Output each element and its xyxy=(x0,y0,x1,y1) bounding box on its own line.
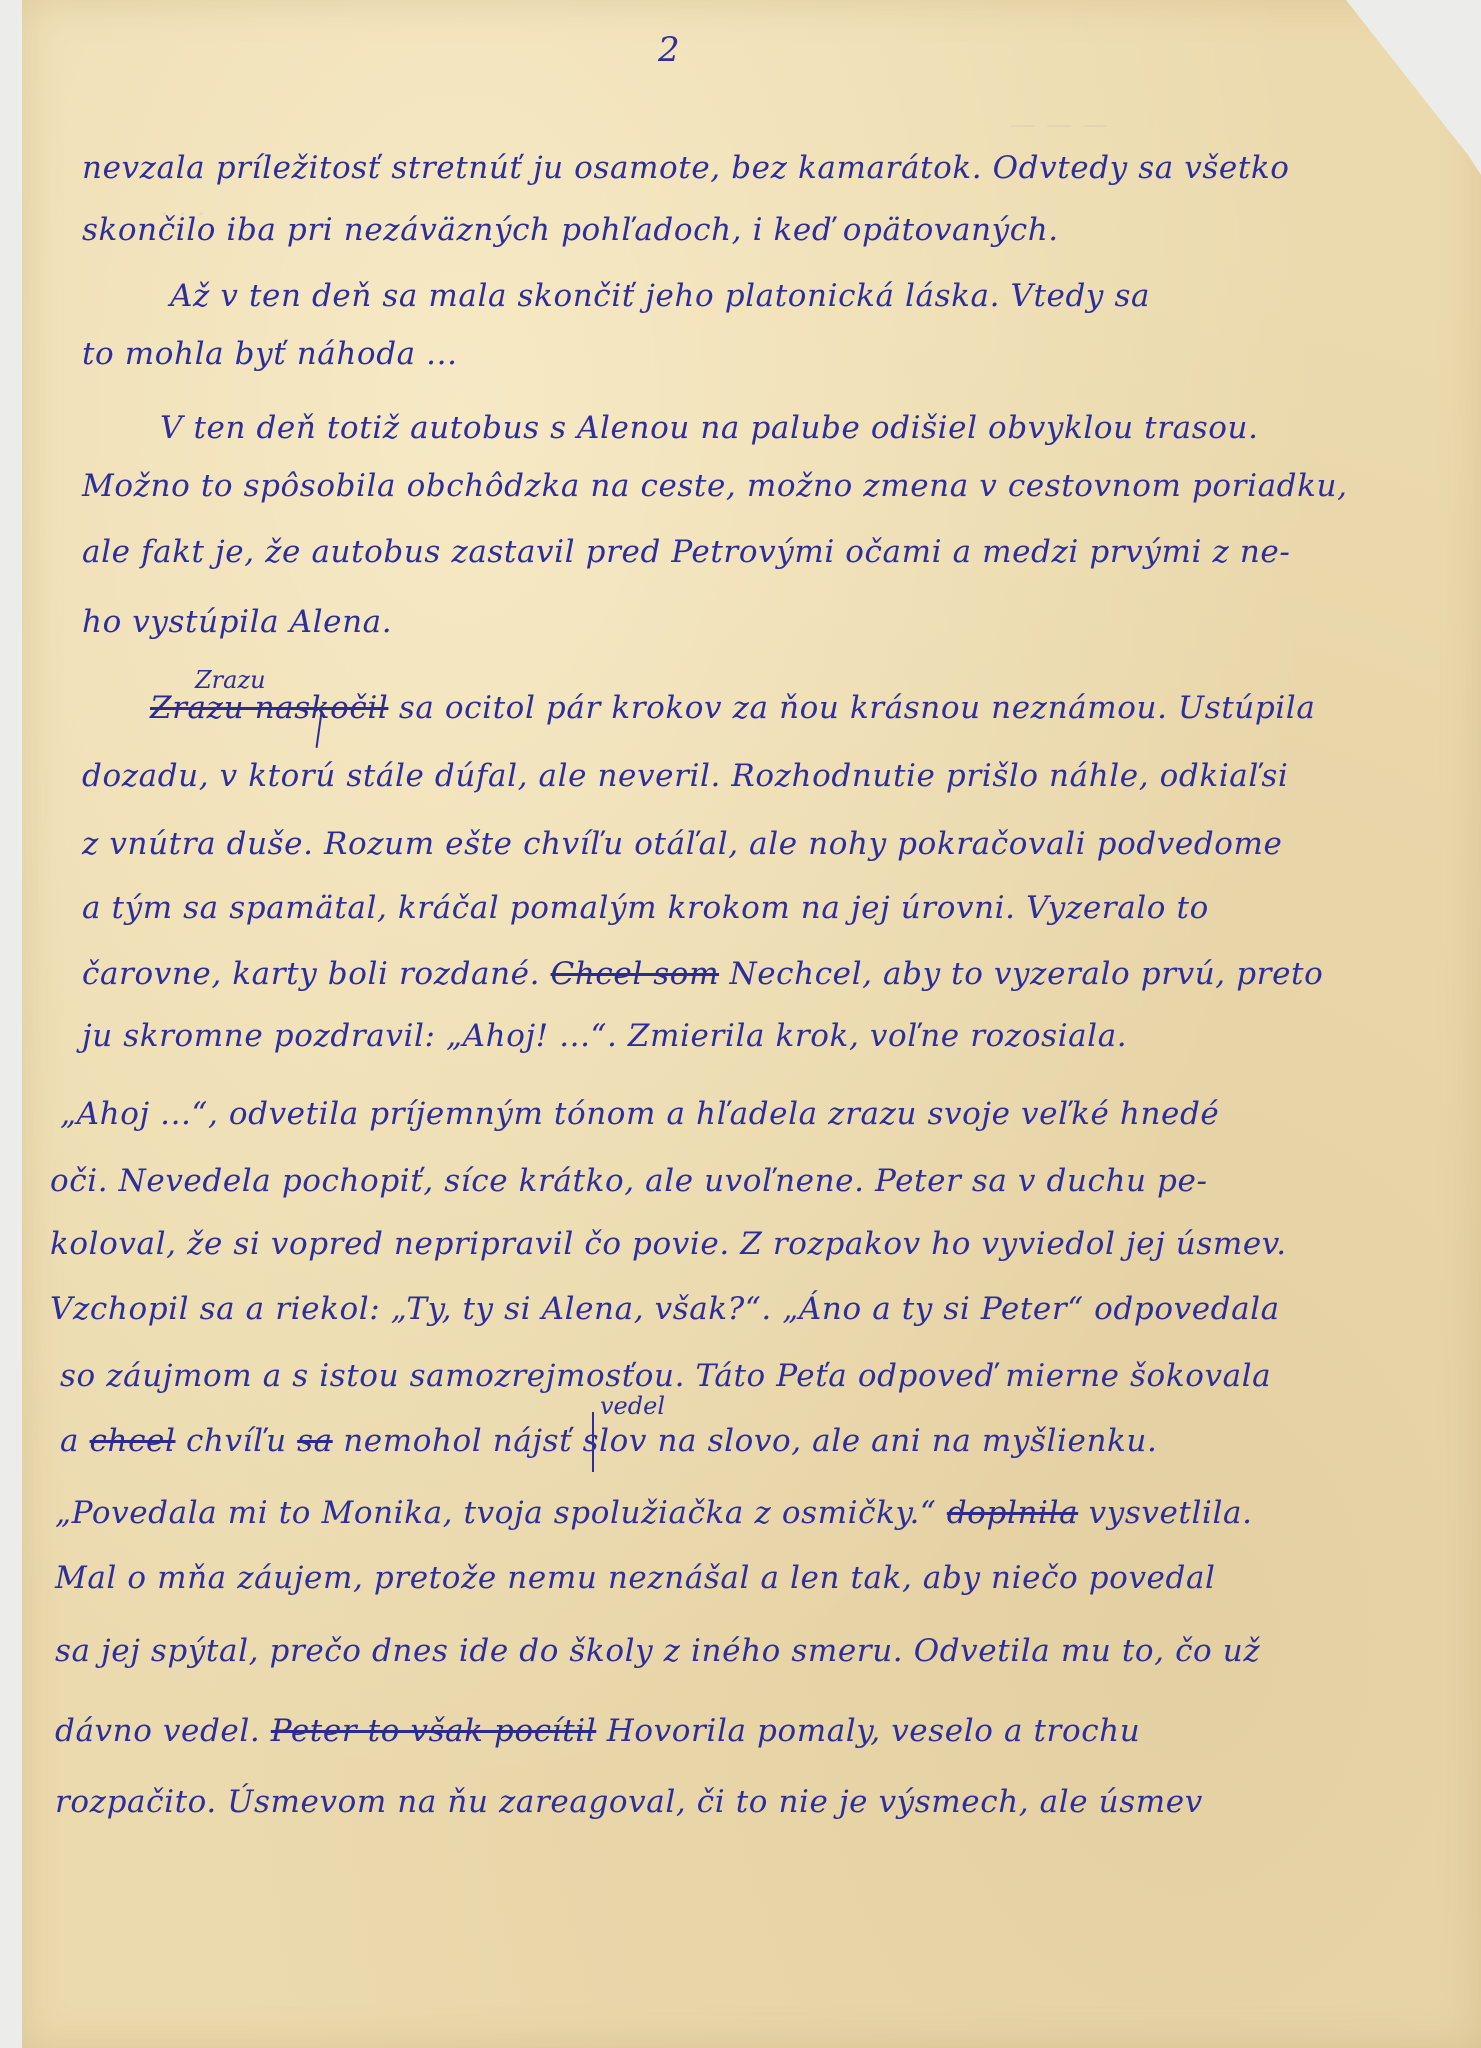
text-line: oči. Nevedela pochopiť, síce krátko, ale… xyxy=(50,1163,1208,1199)
text-line: „Ahoj ...“, odvetila príjemným tónom a h… xyxy=(60,1096,1219,1132)
struck-text: Zrazu naskočil xyxy=(150,690,388,726)
line-text: sa ocitol pár krokov za ňou krásnou nezn… xyxy=(388,690,1315,726)
line-text: Vzchopil sa a riekol: „Ty, ty si Alena, … xyxy=(50,1291,1280,1327)
text-line: ale fakt je, že autobus zastavil pred Pe… xyxy=(82,534,1290,570)
text-line: to mohla byť náhoda ... xyxy=(82,336,458,372)
line-text: ale fakt je, že autobus zastavil pred Pe… xyxy=(82,534,1290,570)
line-text: dozadu, v ktorú stále dúfal, ale neveril… xyxy=(82,758,1288,794)
text-line: z vnútra duše. Rozum ešte chvíľu otáľal,… xyxy=(82,826,1283,862)
line-text: ho vystúpila Alena. xyxy=(82,604,392,640)
text-line: a chcel chvíľu sa nemohol nájsť slov na … xyxy=(60,1423,1157,1459)
bleed-through-text: — — — xyxy=(1010,110,1110,140)
line-text: to mohla byť náhoda ... xyxy=(82,336,458,372)
line-text: skončilo iba pri nezáväzných pohľadoch, … xyxy=(82,212,1059,248)
line-text: rozpačito. Úsmevom na ňu zareagoval, či … xyxy=(55,1784,1203,1820)
line-text: „Povedala mi to Monika, tvoja spolužiačk… xyxy=(55,1495,947,1531)
line-text: ju skromne pozdravil: „Ahoj! ...“. Zmier… xyxy=(82,1018,1127,1054)
text-line: a tým sa spamätal, kráčal pomalým krokom… xyxy=(82,890,1209,926)
page-number: 2 xyxy=(658,30,680,70)
text-line: čarovne, karty boli rozdané. Chcel som N… xyxy=(82,956,1323,992)
line-text: Mal o mňa záujem, pretože nemu neznášal … xyxy=(55,1560,1216,1596)
struck-text: Chcel som xyxy=(551,956,720,992)
text-line: koloval, že si vopred nepripravil čo pov… xyxy=(50,1226,1287,1262)
struck-text: sa xyxy=(297,1423,333,1459)
line-text: V ten deň totiž autobus s Alenou na palu… xyxy=(160,410,1259,446)
line-text: nemohol nájsť slov na slovo, ale ani na … xyxy=(333,1423,1158,1459)
line-text: Až v ten deň sa mala skončiť jeho platon… xyxy=(170,278,1150,314)
line-text: čarovne, karty boli rozdané. xyxy=(82,956,551,992)
line-text: a tým sa spamätal, kráčal pomalým krokom… xyxy=(82,890,1209,926)
text-line: rozpačito. Úsmevom na ňu zareagoval, či … xyxy=(55,1784,1203,1820)
inserted-word: vedel xyxy=(600,1392,665,1420)
line-text: Nechcel, aby to vyzeralo prvú, preto xyxy=(719,956,1323,992)
text-line: Mal o mňa záujem, pretože nemu neznášal … xyxy=(55,1560,1216,1596)
struck-text: doplnila xyxy=(947,1495,1078,1531)
line-text: Hovorila pomaly, veselo a trochu xyxy=(596,1713,1140,1749)
text-line: Možno to spôsobila obchôdzka na ceste, m… xyxy=(82,468,1348,504)
text-line: dozadu, v ktorú stále dúfal, ale neveril… xyxy=(82,758,1288,794)
line-text: vysvetlila. xyxy=(1078,1495,1252,1531)
text-line: ho vystúpila Alena. xyxy=(82,604,392,640)
line-text: Možno to spôsobila obchôdzka na ceste, m… xyxy=(82,468,1348,504)
text-line: Vzchopil sa a riekol: „Ty, ty si Alena, … xyxy=(50,1291,1280,1327)
struck-text: chcel xyxy=(90,1423,176,1459)
line-text: nevzala príležitosť stretnúť ju osamote,… xyxy=(82,150,1290,186)
line-text: dávno vedel. xyxy=(55,1713,271,1749)
line-text: koloval, že si vopred nepripravil čo pov… xyxy=(50,1226,1287,1262)
line-text: a xyxy=(60,1423,90,1459)
line-text: z vnútra duše. Rozum ešte chvíľu otáľal,… xyxy=(82,826,1283,862)
line-text: so záujmom a s istou samozrejmosťou. Tát… xyxy=(60,1358,1271,1394)
line-text: sa jej spýtal, prečo dnes ide do školy z… xyxy=(55,1633,1260,1669)
text-line: dávno vedel. Peter to však pocítil Hovor… xyxy=(55,1713,1140,1749)
struck-text: Peter to však pocítil xyxy=(271,1713,596,1749)
text-line: Zrazu naskočil sa ocitol pár krokov za ň… xyxy=(150,690,1315,726)
text-line: Až v ten deň sa mala skončiť jeho platon… xyxy=(170,278,1150,314)
text-line: skončilo iba pri nezáväzných pohľadoch, … xyxy=(82,212,1059,248)
insertion-caret xyxy=(592,1412,594,1472)
text-line: sa jej spýtal, prečo dnes ide do školy z… xyxy=(55,1633,1260,1669)
line-text: „Ahoj ...“, odvetila príjemným tónom a h… xyxy=(60,1096,1219,1132)
text-line: so záujmom a s istou samozrejmosťou. Tát… xyxy=(60,1358,1271,1394)
line-text: oči. Nevedela pochopiť, síce krátko, ale… xyxy=(50,1163,1208,1199)
text-line: V ten deň totiž autobus s Alenou na palu… xyxy=(160,410,1259,446)
text-line: ju skromne pozdravil: „Ahoj! ...“. Zmier… xyxy=(82,1018,1127,1054)
text-line: nevzala príležitosť stretnúť ju osamote,… xyxy=(82,150,1290,186)
line-text: chvíľu xyxy=(176,1423,298,1459)
text-line: „Povedala mi to Monika, tvoja spolužiačk… xyxy=(55,1495,1253,1531)
